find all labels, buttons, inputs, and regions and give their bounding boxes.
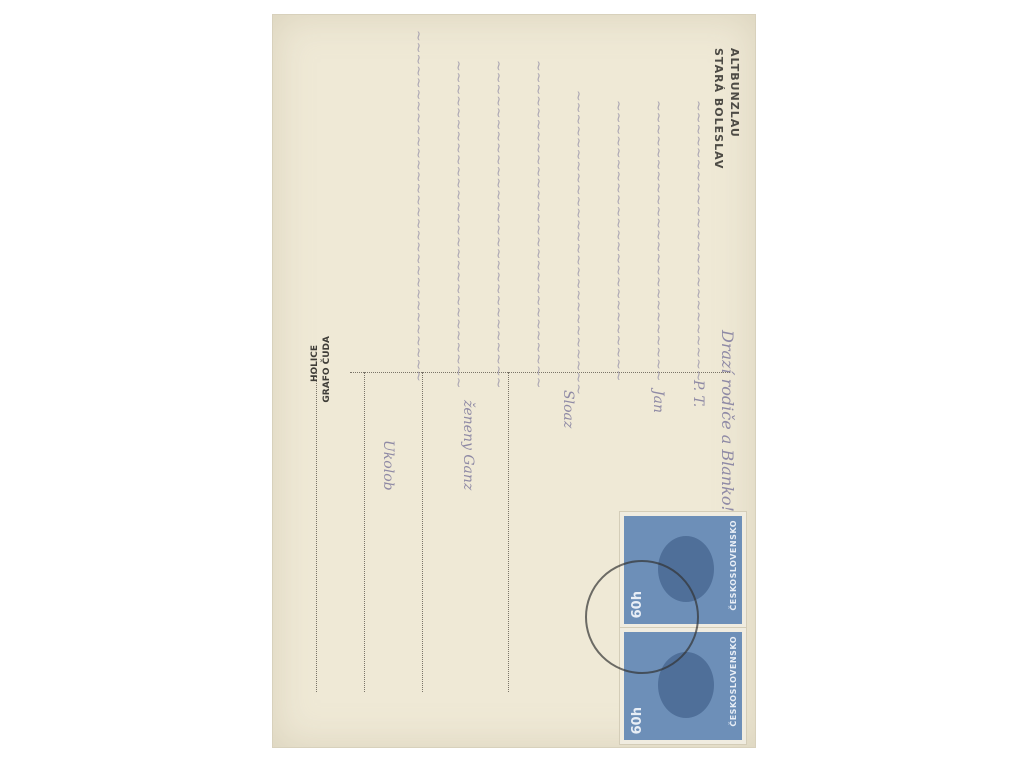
place-name-german: ALTBUNZLAU: [728, 48, 741, 138]
divider-line: [350, 372, 730, 373]
handwritten-address-4: ženeny Ganz: [460, 400, 476, 490]
message-line: ~~~~~~~~~~~~~~~~~~~~~~~~~~~~: [450, 60, 466, 388]
address-line: [508, 372, 509, 692]
address-line: [364, 372, 365, 692]
message-line: ~~~~~~~~~~~~~~~~~~~~~~~~~~~~: [530, 60, 546, 388]
handwritten-address-1: P. T.: [690, 380, 706, 407]
publisher-city: HOLICE: [310, 345, 320, 382]
message-line: ~~~~~~~~~~~~~~~~~~~~~~~~~~~~~~: [410, 30, 426, 382]
publisher-name: GRAFO ČUDA: [322, 336, 332, 403]
stamp-country: ČESKOSLOVENSKO: [729, 520, 738, 611]
message-line: ~~~~~~~~~~~~~~~~~~~~~~~~~~: [570, 90, 586, 395]
handwritten-address-2: Jan: [650, 390, 666, 413]
postmark: [585, 560, 699, 674]
message-line: ~~~~~~~~~~~~~~~~~~~~~~~~~~~~: [490, 60, 506, 388]
handwritten-address-3: Sloaz: [560, 390, 576, 428]
stamp-country: ČESKOSLOVENSKO: [729, 636, 738, 727]
message-line: ~~~~~~~~~~~~~~~~~~~~~~~~: [650, 100, 666, 382]
divider-line: [316, 372, 317, 692]
message-line: ~~~~~~~~~~~~~~~~~~~~~~~~: [610, 100, 626, 382]
place-name-czech: STARÁ BOLESLAV: [712, 48, 725, 169]
handwritten-greeting: Drazí rodiče a Blanko!: [718, 330, 737, 512]
handwritten-address-5: Ukolob: [380, 440, 396, 491]
message-line: ~~~~~~~~~~~~~~~~~~~~~~~~: [690, 100, 706, 382]
address-line: [422, 372, 423, 692]
stamp-value: 60h: [630, 707, 645, 734]
